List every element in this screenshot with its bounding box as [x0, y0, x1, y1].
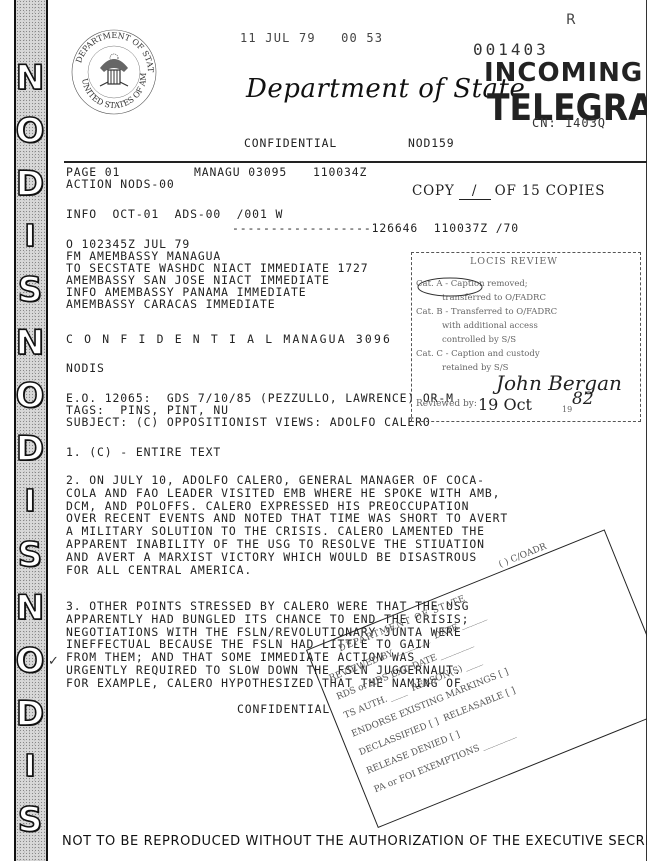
circle-mark-icon: [416, 275, 486, 299]
declassification-stamp: DEPARTMENT OF STATE ( ) C/OADR REVIEWED …: [306, 529, 647, 828]
body-line: DCM, AND POLOFFS. CALERO EXPRESSED HIS P…: [66, 500, 469, 512]
review-stamp-line: Cat. B - Transferred to O/FADRC: [416, 307, 557, 317]
reviewer-signature: John Bergan: [496, 371, 622, 395]
info-line: INFO OCT-01 ADS-00 /001 W: [66, 208, 283, 220]
stripe-letter: I: [24, 217, 35, 270]
body-line: AND AVERT A MARXIST VICTORY WHICH WOULD …: [66, 551, 477, 563]
nod-number: NOD159: [408, 137, 455, 149]
body-line: 1. (C) - ENTIRE TEXT: [66, 446, 221, 458]
body-line: 2. ON JULY 10, ADOLFO CALERO, GENERAL MA…: [66, 474, 485, 486]
copy-count: COPY/OF 15 COPIES: [412, 183, 605, 200]
stripe-letter: N: [16, 588, 44, 641]
body-line: COLA AND FAO LEADER VISITED EMB WHERE HE…: [66, 487, 500, 499]
origin-ref: MANAGU 03095: [194, 166, 287, 178]
stripe-letter: D: [16, 429, 44, 482]
stripe-letter: N: [16, 323, 44, 376]
routing-separator: ------------------126646 110037Z /70: [232, 222, 519, 234]
copy-total: OF 15 COPIES: [495, 183, 606, 199]
stripe-letter: I: [24, 747, 35, 800]
review-stamp-line: with additional access: [442, 321, 538, 331]
classification-line: C O N F I D E N T I A L MANAGUA 3096: [66, 333, 392, 345]
review-stamp-line: Cat. C - Caption and custody: [416, 349, 540, 359]
review-year-prefix: 19: [562, 405, 572, 414]
department-seal-icon: DEPARTMENT OF STATE UNITED STATES OF AME…: [70, 28, 158, 116]
bottom-classification: CONFIDENTIAL: [237, 703, 330, 715]
caveat-line: NODIS: [66, 362, 105, 374]
body-line: FOR ALL CENTRAL AMERICA.: [66, 564, 252, 576]
receipt-stamp: 11 JUL 79 00 53: [240, 31, 383, 45]
stripe-letter: S: [18, 800, 43, 853]
serial-number: 001403: [473, 40, 549, 59]
header-classification: CONFIDENTIAL: [244, 137, 337, 149]
body-line: A MILITARY SOLUTION TO THE CRISIS. CALER…: [66, 525, 485, 537]
stripe-letter: I: [24, 482, 35, 535]
review-stamp: LOCIS REVIEW Cat. A - Caption removed;tr…: [411, 252, 641, 422]
stripe-letter: S: [18, 270, 43, 323]
document-type-line1: INCOMING: [484, 58, 643, 88]
reviewed-by-label: Reviewed by:: [416, 399, 477, 409]
declass-corner: ( ) C/OADR: [498, 542, 549, 570]
review-date: 19 Oct: [478, 395, 532, 414]
action-line: ACTION NODS-00: [66, 178, 175, 190]
stamp-time: 00 53: [341, 31, 383, 45]
addressee-line: AMEMBASSY CARACAS IMMEDIATE: [66, 298, 275, 310]
stripe-letter: O: [16, 376, 45, 429]
stripe-letter: N: [16, 58, 44, 111]
stripe-letter: O: [16, 111, 45, 164]
origin-dtg: 110034Z: [313, 166, 367, 178]
reproduction-notice: NOT TO BE REPRODUCED WITHOUT THE AUTHORI…: [62, 834, 647, 849]
copy-label: COPY: [412, 183, 455, 199]
stripe-letter: O: [16, 641, 45, 694]
stamp-date: 11 JUL 79: [240, 31, 316, 45]
stripe-letter: D: [16, 694, 44, 747]
review-stamp-line: controlled by S/S: [442, 335, 516, 345]
nodis-stripe-letters: NODISNODISNODIS: [16, 58, 44, 853]
handwritten-mark: R: [566, 12, 576, 28]
review-year: 82: [572, 389, 594, 409]
stripe-letter: D: [16, 164, 44, 217]
subject-line: SUBJECT: (C) OPPOSITIONIST VIEWS: ADOLFO…: [66, 416, 431, 428]
stripe-letter: S: [18, 535, 43, 588]
copy-number: /: [459, 183, 491, 200]
cn-number: CN: 1403Q: [532, 116, 606, 130]
margin-checkmark: ✓: [48, 654, 59, 669]
header-divider: [64, 161, 647, 163]
body-line: OVER RECENT EVENTS AND NOTED THAT TIME W…: [66, 512, 508, 524]
body-line: APPARENT INABILITY OF THE USG TO RESOLVE…: [66, 538, 485, 550]
review-stamp-title: LOCIS REVIEW: [470, 256, 558, 267]
